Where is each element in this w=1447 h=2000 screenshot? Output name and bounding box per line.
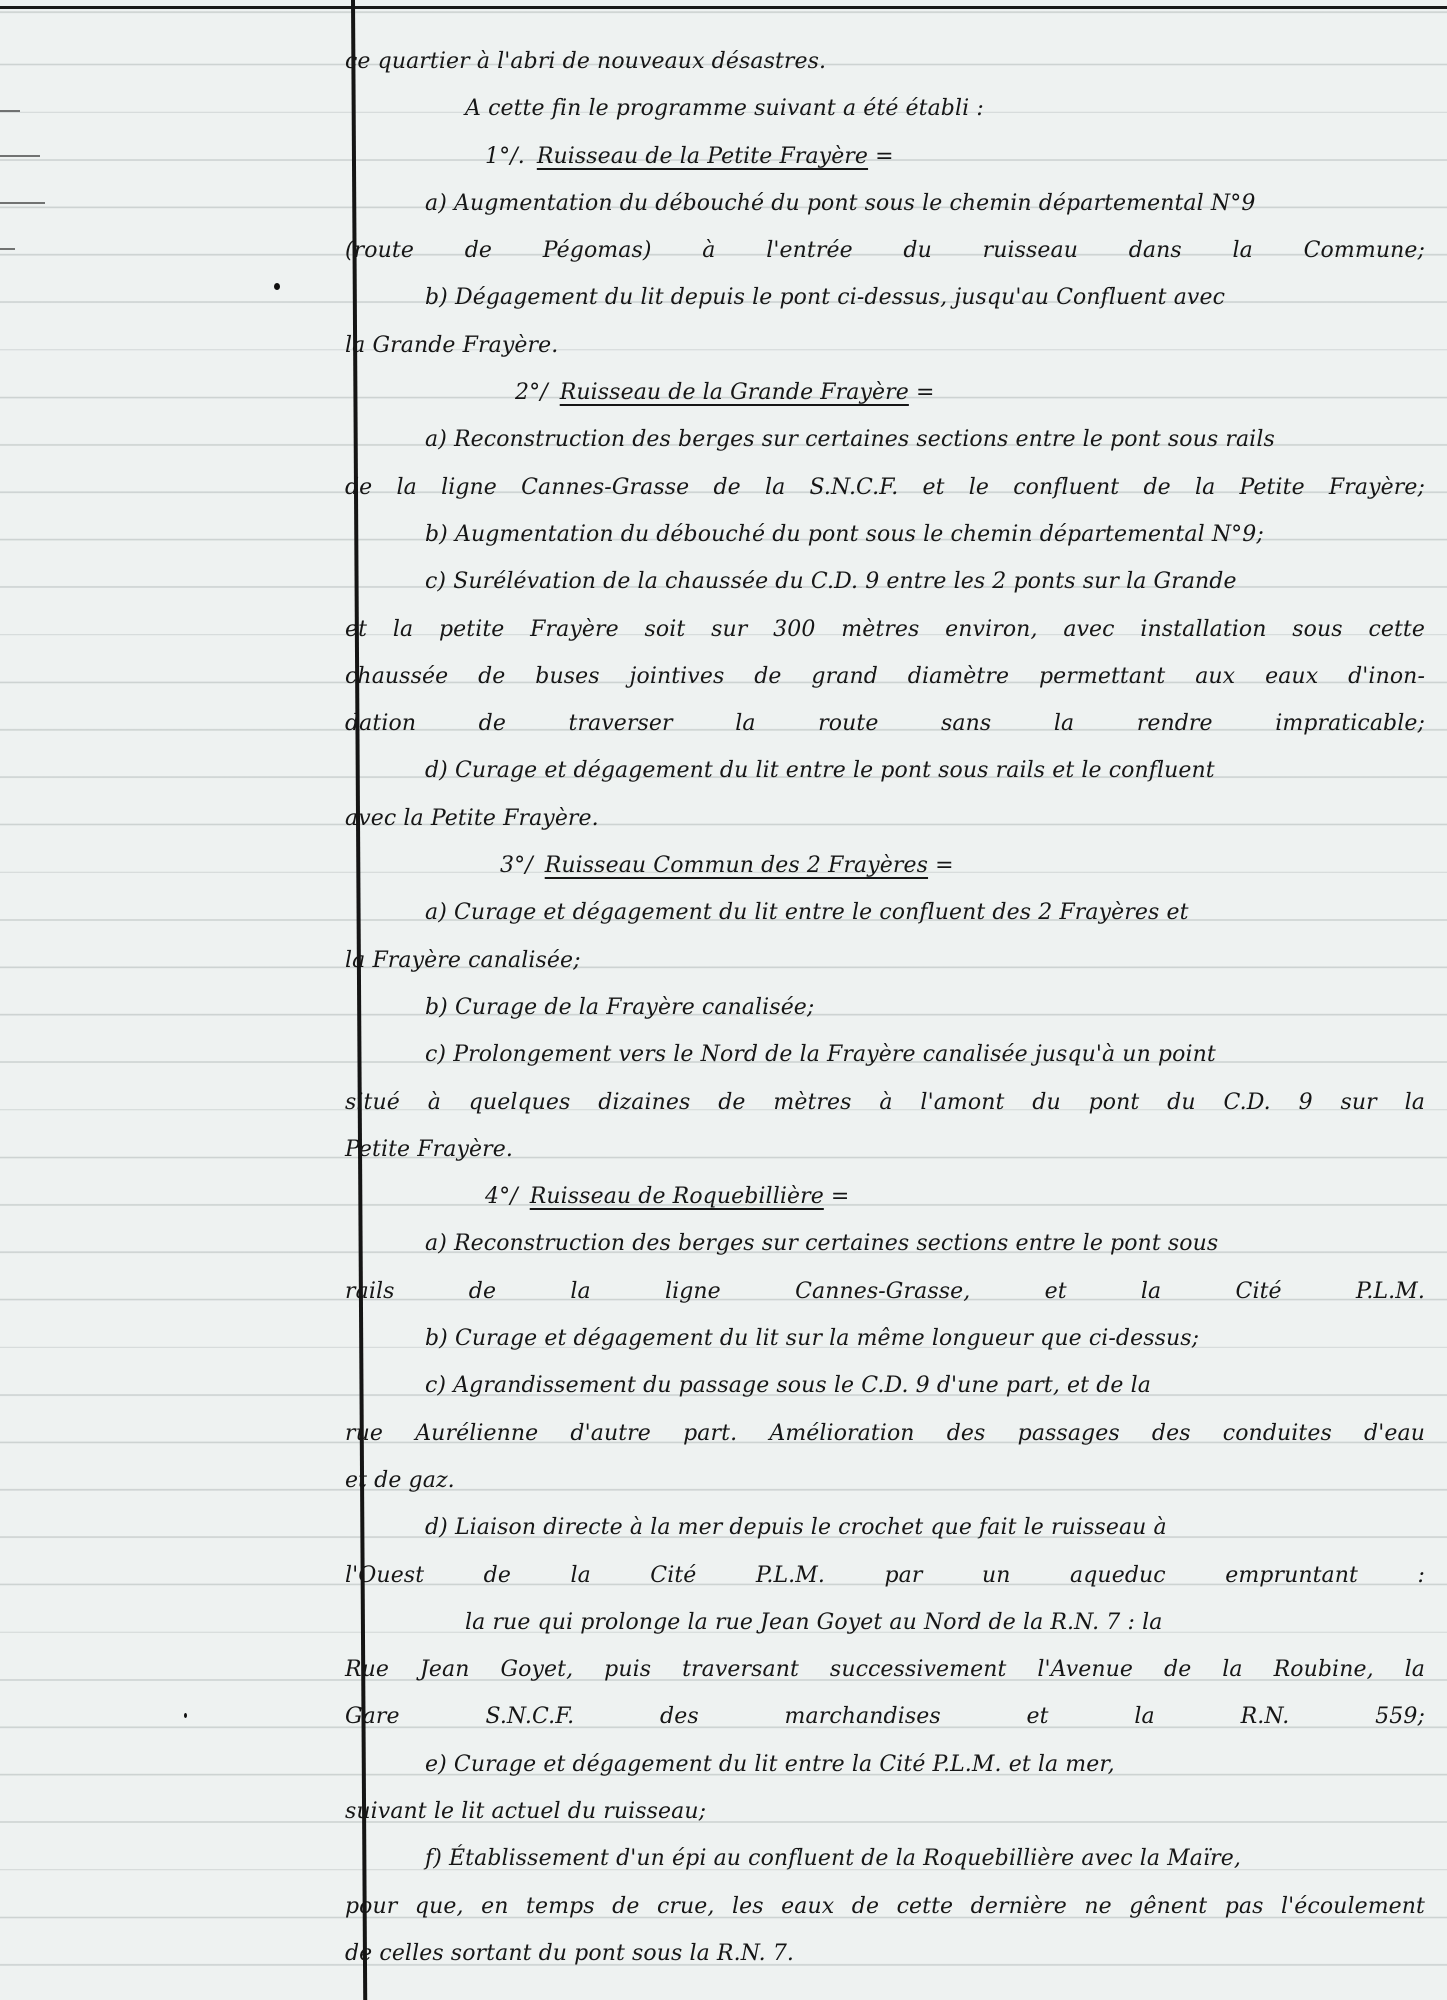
text-line: rue Aurélienne d'autre part. Amélioratio… [345,1410,1435,1457]
text-line: a) Reconstruction des berges sur certain… [345,1220,1435,1267]
margin-mark [0,155,40,157]
section-suffix: = [824,1184,850,1209]
section-suffix: = [909,380,935,405]
section-number: 1°/. [485,144,525,169]
text-line: d) Liaison directe à la mer depuis le cr… [345,1504,1435,1551]
text-line: b) Curage et dégagement du lit sur la mê… [345,1315,1435,1362]
text-line: avec la Petite Frayère. [345,795,1435,842]
text-line: et de gaz. [345,1457,1435,1504]
text-line: la Grande Frayère. [345,322,1435,369]
text-line: a) Curage et dégagement du lit entre le … [345,889,1435,936]
text-line: a) Reconstruction des berges sur certain… [345,416,1435,463]
left-margin-column [0,0,350,2000]
section-heading: 3°/Ruisseau Commun des 2 Frayères = [345,842,1435,889]
handwritten-text-body: ce quartier à l'abri de nouveaux désastr… [345,38,1435,1977]
text-line: pour que, en temps de crue, les eaux de … [345,1883,1435,1930]
ink-spot [184,1713,187,1718]
section-number: 3°/ [500,853,533,878]
text-line: de celles sortant du pont sous la R.N. 7… [345,1930,1435,1977]
ink-spot [274,283,280,290]
section-suffix: = [928,853,954,878]
text-line: de la ligne Cannes-Grasse de la S.N.C.F.… [345,464,1435,511]
section-number: 4°/ [485,1184,518,1209]
text-line: chaussée de buses jointives de grand dia… [345,653,1435,700]
section-heading: 2°/Ruisseau de la Grande Frayère = [345,369,1435,416]
section-suffix: = [868,144,894,169]
section-heading: 4°/Ruisseau de Roquebillière = [345,1173,1435,1220]
text-line: f) Établissement d'un épi au confluent d… [345,1835,1435,1882]
text-line: la Frayère canalisée; [345,937,1435,984]
section-heading: 1°/.Ruisseau de la Petite Frayère = [345,133,1435,180]
text-line: Petite Frayère. [345,1126,1435,1173]
text-line: Rue Jean Goyet, puis traversant successi… [345,1646,1435,1693]
text-line: b) Dégagement du lit depuis le pont ci-d… [345,274,1435,321]
margin-mark [0,202,45,204]
text-line: et la petite Frayère soit sur 300 mètres… [345,606,1435,653]
text-line: b) Augmentation du débouché du pont sous… [345,511,1435,558]
text-line: a) Augmentation du débouché du pont sous… [345,180,1435,227]
text-line: c) Prolongement vers le Nord de la Frayè… [345,1031,1435,1078]
text-line: (route de Pégomas) à l'entrée du ruissea… [345,227,1435,274]
text-line: c) Surélévation de la chaussée du C.D. 9… [345,558,1435,605]
margin-mark [0,248,15,250]
section-title: Ruisseau Commun des 2 Frayères [545,853,928,878]
text-line: l'Ouest de la Cité P.L.M. par un aqueduc… [345,1552,1435,1599]
text-line: b) Curage de la Frayère canalisée; [345,984,1435,1031]
scanned-document-page: ce quartier à l'abri de nouveaux désastr… [0,0,1447,2000]
text-line: A cette fin le programme suivant a été é… [345,85,1435,132]
text-line: suivant le lit actuel du ruisseau; [345,1788,1435,1835]
section-title: Ruisseau de la Petite Frayère [537,144,868,169]
text-line: situé à quelques dizaines de mètres à l'… [345,1079,1435,1126]
text-line: la rue qui prolonge la rue Jean Goyet au… [345,1599,1435,1646]
section-title: Ruisseau de la Grande Frayère [560,380,909,405]
text-line: e) Curage et dégagement du lit entre la … [345,1741,1435,1788]
text-line: ce quartier à l'abri de nouveaux désastr… [345,38,1435,85]
margin-mark [0,110,20,112]
text-line: Gare S.N.C.F. des marchandises et la R.N… [345,1693,1435,1740]
text-line: dation de traverser la route sans la ren… [345,700,1435,747]
text-line: d) Curage et dégagement du lit entre le … [345,747,1435,794]
text-line: rails de la ligne Cannes-Grasse, et la C… [345,1268,1435,1315]
section-number: 2°/ [515,380,548,405]
text-line: c) Agrandissement du passage sous le C.D… [345,1362,1435,1409]
section-title: Ruisseau de Roquebillière [530,1184,824,1209]
